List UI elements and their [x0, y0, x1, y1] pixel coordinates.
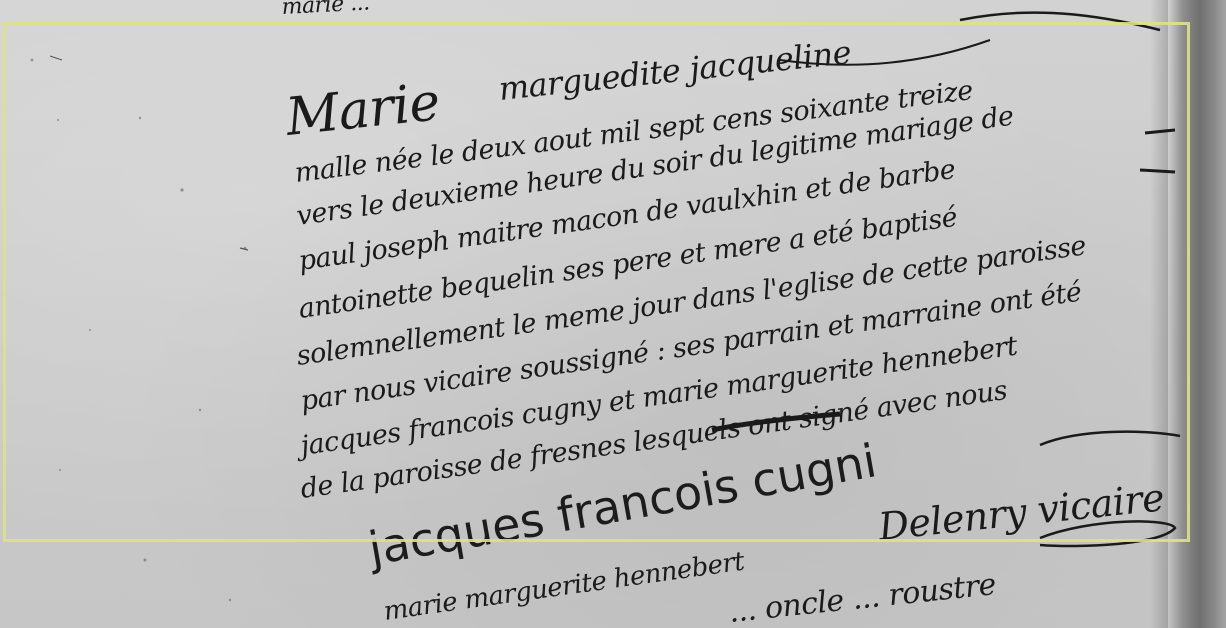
- priest-signature: Delenry vicaire: [875, 475, 1166, 549]
- flourish-top: [960, 13, 1160, 30]
- margin-dash: [1140, 170, 1175, 172]
- document-scan: marie ... Marie marguedite jacqueline ma…: [0, 0, 1226, 628]
- entry-first-name: Marie: [282, 72, 442, 148]
- manuscript-ink: marie ... Marie marguedite jacqueline ma…: [0, 0, 1226, 628]
- header-fragment: marie ...: [281, 0, 370, 20]
- priest-flourish-top: [1040, 432, 1180, 445]
- paper-specks: [31, 56, 248, 601]
- bottom-partial-signature: ... oncle ... roustre: [727, 567, 997, 628]
- margin-dash: [1145, 130, 1175, 133]
